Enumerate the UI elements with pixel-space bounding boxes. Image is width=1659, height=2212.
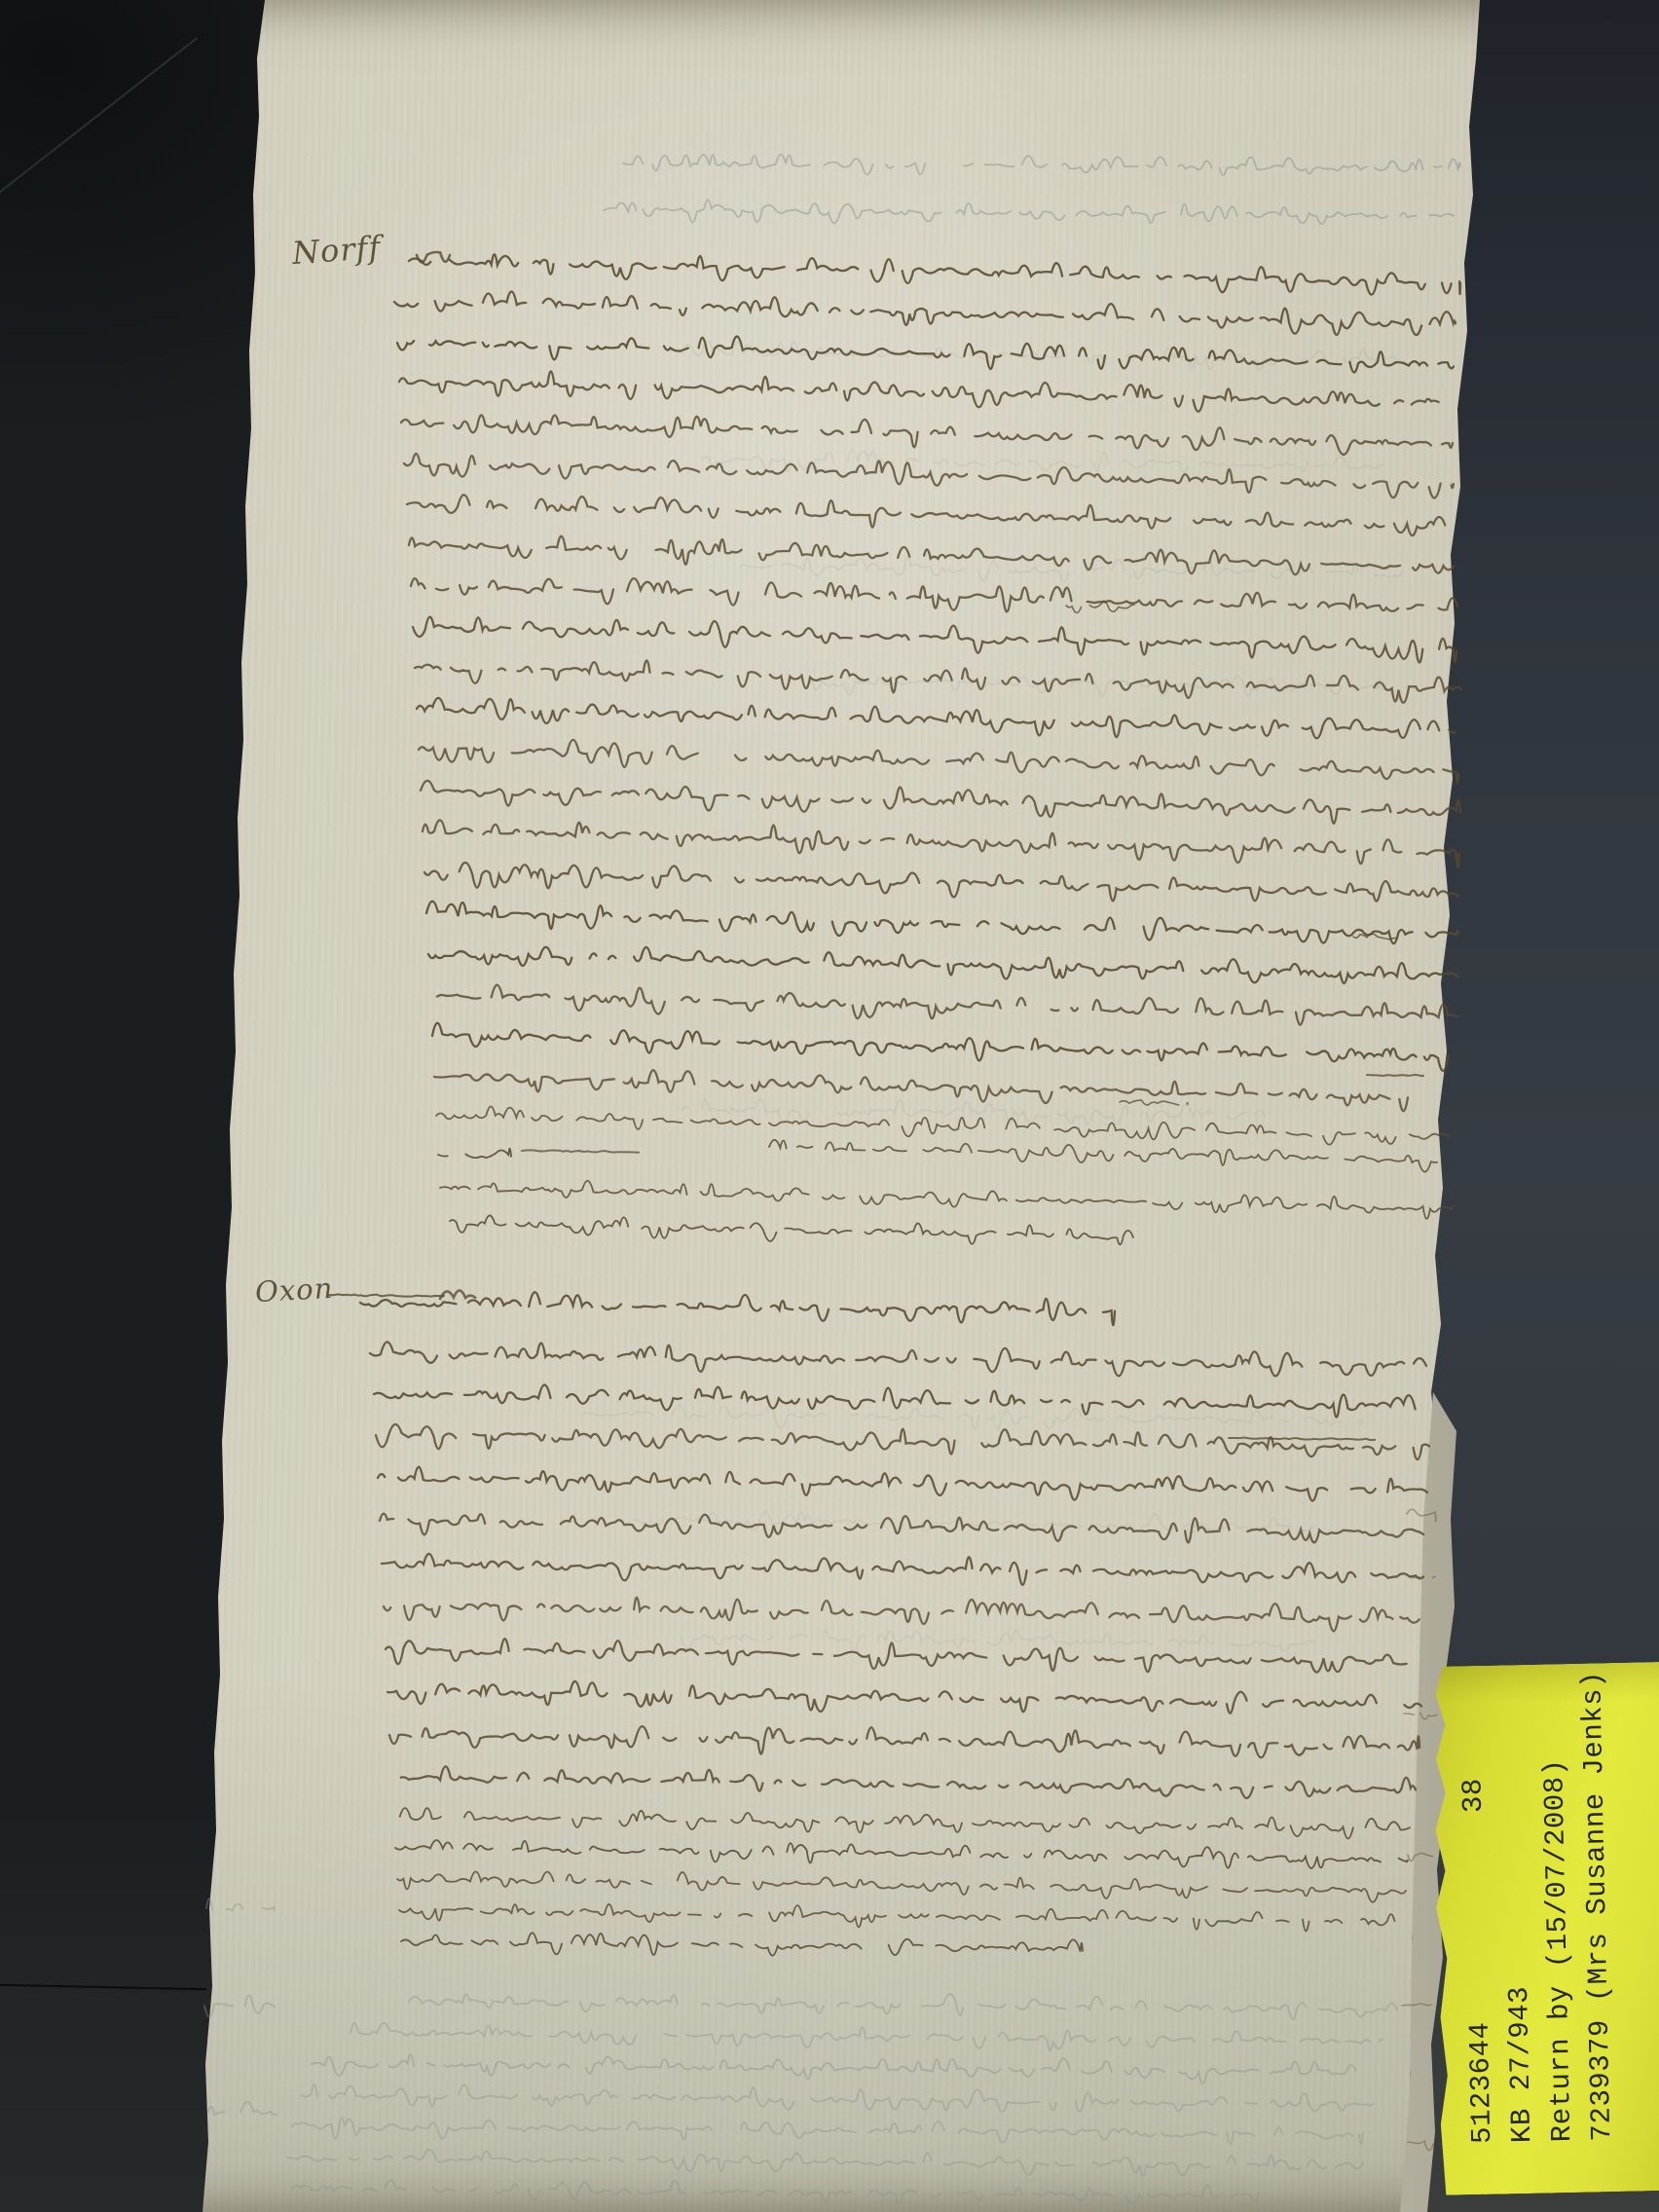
- manuscript-line: [292, 2180, 1266, 2204]
- manuscript-line: [411, 578, 1457, 611]
- manuscript-line: [302, 2084, 1383, 2112]
- manuscript-line: [394, 291, 1456, 335]
- manuscript-line: [1229, 1438, 1375, 1440]
- dash-flourishes: [329, 1075, 1423, 1440]
- manuscript-line: [1408, 1853, 1441, 1861]
- manuscript-line: [387, 1681, 1421, 1714]
- manuscript-line: [386, 1639, 1422, 1672]
- archive-ticket-text: 5123644 38 KB 27/943 Return by (15/07/20…: [1429, 1662, 1659, 2195]
- manuscript-line: [395, 1840, 1408, 1868]
- manuscript-line: [682, 342, 1402, 370]
- manuscript-line: [401, 1766, 1416, 1798]
- manuscript-line: [426, 902, 1458, 943]
- manuscript-line: [399, 371, 1451, 411]
- manuscript-line: [522, 1150, 639, 1152]
- manuscript-line: [399, 1904, 1407, 1931]
- manuscript-line: [401, 415, 1453, 455]
- manuscript-line: [400, 1808, 1410, 1838]
- manuscript-line: [206, 1899, 275, 1910]
- manuscript-line: [1408, 2141, 1445, 2151]
- manuscript-line: [437, 985, 1457, 1025]
- manuscript-line: [407, 495, 1457, 535]
- photo-stage: Norff Oxon 5123644 38 KB 27/943 Return b…: [0, 0, 1659, 2212]
- manuscript-line: [312, 2054, 1382, 2083]
- manuscript-line: [370, 1342, 1426, 1376]
- manuscript-line: [397, 337, 1454, 373]
- ticket-seat-number: 38: [1453, 1778, 1493, 1814]
- manuscript-line: [424, 863, 1467, 902]
- manuscript-line: [204, 1995, 286, 2016]
- manuscript-line: [440, 1181, 1453, 1219]
- text-block-2: [360, 1292, 1434, 1955]
- manuscript-line: [350, 2023, 1382, 2051]
- manuscript-line: [376, 1424, 1429, 1459]
- initial-flourishes: [417, 252, 486, 1300]
- manuscript-line: [208, 2102, 276, 2116]
- text-block-1: [394, 254, 1474, 1244]
- manuscript-line: [292, 2118, 1363, 2144]
- manuscript-line: [440, 1291, 486, 1301]
- manuscript-line: [604, 200, 1464, 224]
- manuscript-line: [1120, 1100, 1188, 1105]
- manuscript-line: [419, 740, 1458, 783]
- manuscript-line: [413, 617, 1474, 663]
- manuscript-line: [1367, 1075, 1423, 1077]
- manuscript-line: [409, 1994, 1402, 2019]
- manuscript-line: [382, 1554, 1434, 1585]
- manuscript-line: [428, 947, 1467, 983]
- manuscript-line: [378, 1467, 1427, 1501]
- manuscript-line: [329, 1294, 444, 1296]
- manuscript-line: [421, 781, 1460, 824]
- block1-interlinear: [1066, 601, 1397, 1105]
- manuscript-line: [397, 1872, 1406, 1902]
- handwriting-layer: [0, 0, 1659, 2212]
- manuscript-line: [389, 1726, 1419, 1757]
- manuscript-line: [287, 2150, 1363, 2176]
- manuscript-line: [1402, 2004, 1431, 2006]
- manuscript-line: [682, 1631, 1314, 1652]
- manuscript-line: [438, 1149, 511, 1159]
- archive-ticket: 5123644 38 KB 27/943 Return by (15/07/20…: [1429, 1662, 1659, 2195]
- showthrough-bottom: [204, 1899, 1402, 2205]
- manuscript-line: [1407, 1509, 1436, 1522]
- manuscript-line: [434, 1070, 1408, 1111]
- manuscript-line: [450, 1215, 1133, 1244]
- manuscript-line: [404, 454, 1454, 498]
- manuscript-line: [417, 698, 1458, 738]
- manuscript-line: [701, 450, 1382, 472]
- manuscript-line: [769, 1140, 1453, 1172]
- manuscript-line: [584, 1406, 1381, 1430]
- manuscript-line: [409, 254, 1460, 294]
- manuscript-line: [1404, 1713, 1437, 1718]
- manuscript-line: [623, 155, 1460, 176]
- manuscript-line: [401, 1933, 1083, 1955]
- manuscript-line: [384, 1598, 1428, 1632]
- showthrough-top: [604, 155, 1464, 224]
- manuscript-line: [432, 1023, 1456, 1071]
- manuscript-line: [423, 820, 1459, 866]
- manuscript-line: [374, 1384, 1428, 1417]
